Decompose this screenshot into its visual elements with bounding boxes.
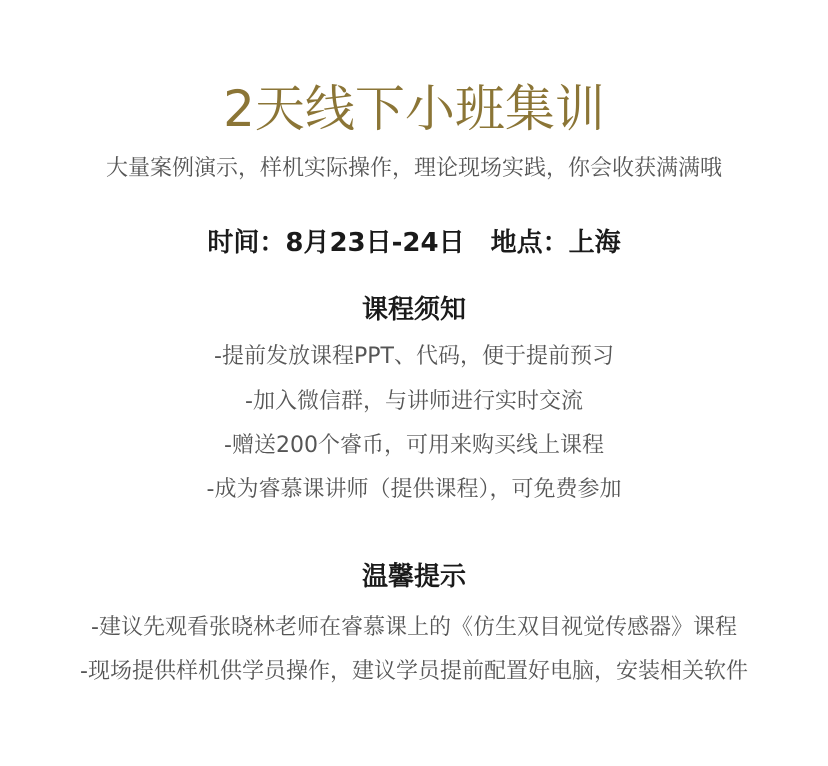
event-info: 时间：8月23日-24日地点：上海 [0, 230, 828, 256]
course-note-item: -提前发放课程PPT、代码，便于提前预习 [0, 346, 828, 368]
page-subtitle: 大量案例演示，样机实际操作，理论现场实践，你会收获满满哦 [0, 158, 828, 180]
course-note-item: -赠送200个睿币，可用来购买线上课程 [0, 435, 828, 457]
tips-heading: 温馨提示 [0, 564, 828, 590]
location-label: 地点： [491, 228, 569, 258]
location-value: 上海 [569, 228, 621, 258]
tip-item: -建议先观看张晓林老师在睿慕课上的《仿生双目视觉传感器》课程 [0, 617, 828, 639]
course-notes-heading: 课程须知 [0, 297, 828, 323]
tip-item: -现场提供样机供学员操作，建议学员提前配置好电脑，安装相关软件 [0, 661, 828, 683]
page-title: 2天线下小班集训 [0, 84, 828, 134]
course-note-item: -加入微信群，与讲师进行实时交流 [0, 391, 828, 413]
time-label: 时间： [207, 228, 285, 258]
course-note-item: -成为睿慕课讲师（提供课程），可免费参加 [0, 479, 828, 501]
time-value: 8月23日-24日 [285, 228, 464, 258]
